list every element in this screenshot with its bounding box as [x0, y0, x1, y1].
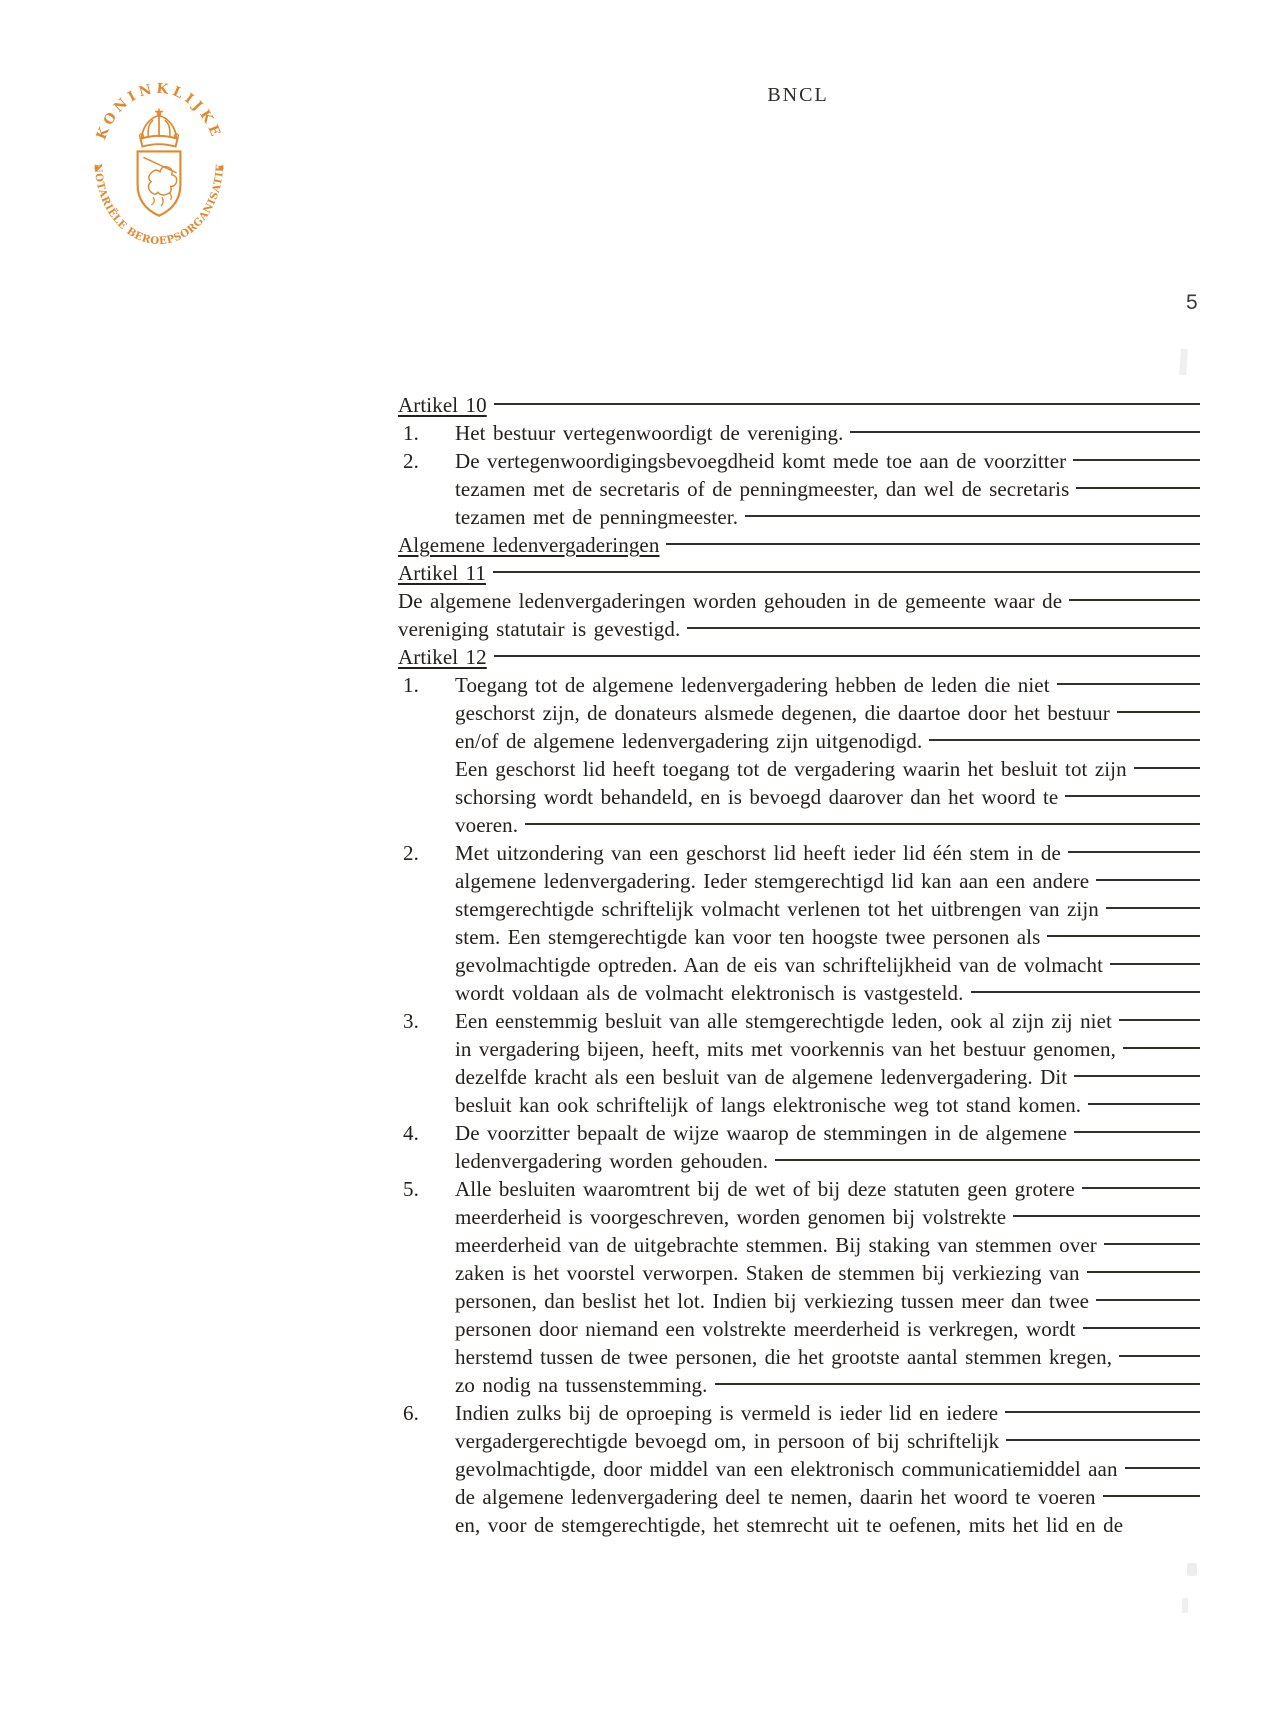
item-line: voeren. [455, 811, 518, 839]
paragraph-line-row: vereniging statutair is gevestigd. [398, 615, 1200, 643]
fill-line [666, 543, 1200, 545]
list-item: 1.Toegang tot de algemene ledenvergaderi… [398, 671, 1200, 839]
item-line: De voorzitter bepaalt de wijze waarop de… [455, 1119, 1067, 1147]
fill-line [1110, 963, 1200, 965]
item-lines: Met uitzondering van een geschorst lid h… [455, 839, 1200, 1007]
item-line: Een eenstemmig besluit van alle stemgere… [455, 1007, 1112, 1035]
list-item: 3.Een eenstemmig besluit van alle stemge… [398, 1007, 1200, 1119]
page-number: 5 [1186, 291, 1198, 315]
item-line: stem. Een stemgerechtigde kan voor ten h… [455, 923, 1040, 951]
item-line-row: en, voor de stemgerechtigde, het stemrec… [455, 1511, 1200, 1539]
item-lines: De voorzitter bepaalt de wijze waarop de… [455, 1119, 1200, 1175]
document-body: Artikel 101.Het bestuur vertegenwoordigt… [398, 391, 1200, 1539]
seal-separator-dot-right [219, 166, 224, 171]
fill-line [775, 1159, 1200, 1161]
item-line: en/of de algemene ledenvergadering zijn … [455, 727, 922, 755]
fill-line [1013, 1215, 1200, 1217]
item-line-row: De voorzitter bepaalt de wijze waarop de… [455, 1119, 1200, 1147]
article-heading-row: Artikel 12 [398, 643, 1200, 671]
item-line-row: besluit kan ook schriftelijk of langs el… [455, 1091, 1200, 1119]
item-line: zo nodig na tussenstemming. [455, 1371, 708, 1399]
list-item: 5.Alle besluiten waaromtrent bij de wet … [398, 1175, 1200, 1399]
item-line: algemene ledenvergadering. Ieder stemger… [455, 867, 1089, 895]
item-line: personen door niemand een volstrekte mee… [455, 1315, 1076, 1343]
item-line-row: personen door niemand een volstrekte mee… [455, 1315, 1200, 1343]
fill-line [493, 571, 1200, 573]
item-lines: De vertegenwoordigingsbevoegdheid komt m… [455, 447, 1200, 531]
item-line-row: wordt voldaan als de volmacht elektronis… [455, 979, 1200, 1007]
paragraph-line-row: De algemene ledenvergaderingen worden ge… [398, 587, 1200, 615]
item-line-row: meerderheid van de uitgebrachte stemmen.… [455, 1231, 1200, 1259]
fill-line [1087, 1271, 1200, 1273]
fill-line [1074, 1131, 1200, 1133]
item-line: in vergadering bijeen, heeft, mits met v… [455, 1035, 1116, 1063]
item-number: 2. [398, 839, 455, 867]
item-line: Indien zulks bij de oproeping is vermeld… [455, 1399, 998, 1427]
item-line: vergadergerechtigde bevoegd om, in perso… [455, 1427, 999, 1455]
item-lines: Alle besluiten waaromtrent bij de wet of… [455, 1175, 1200, 1399]
item-line: gevolmachtigde, door middel van een elek… [455, 1455, 1118, 1483]
item-line-row: dezelfde kracht als een besluit van de a… [455, 1063, 1200, 1091]
scan-artifact [1179, 349, 1188, 375]
item-line: Een geschorst lid heeft toegang tot de v… [455, 755, 1127, 783]
fill-line [1047, 935, 1200, 937]
paragraph-line: De algemene ledenvergaderingen worden ge… [398, 587, 1062, 615]
fill-line [687, 627, 1200, 629]
knb-seal-logo: KONINKLIJKE NOTARIËLE BEROEPSORGANISATIE [86, 78, 232, 260]
item-line: personen, dan beslist het lot. Indien bi… [455, 1287, 1089, 1315]
fill-line [1096, 1299, 1200, 1301]
fill-line [1076, 487, 1200, 489]
fill-line [1006, 1439, 1200, 1441]
scan-artifact [1187, 1563, 1197, 1576]
article-heading: Algemene ledenvergaderingen [398, 531, 659, 559]
item-line: wordt voldaan als de volmacht elektronis… [455, 979, 964, 1007]
header-title: BNCL [767, 84, 828, 107]
item-number: 1. [398, 419, 455, 447]
item-number: 2. [398, 447, 455, 475]
seal-bottom-text: NOTARIËLE BEROEPSORGANISATIE [92, 163, 227, 247]
item-line: tezamen met de penningmeester. [455, 503, 738, 531]
scan-artifact [1182, 1598, 1188, 1613]
item-line: dezelfde kracht als een besluit van de a… [455, 1063, 1067, 1091]
fill-line [971, 991, 1200, 993]
crown-icon [140, 109, 179, 147]
item-line: meerderheid van de uitgebrachte stemmen.… [455, 1231, 1097, 1259]
fill-line [929, 739, 1200, 741]
article-heading: Artikel 11 [398, 559, 486, 587]
fill-line [1106, 907, 1200, 909]
fill-line [1103, 1495, 1200, 1497]
item-number: 6. [398, 1399, 455, 1427]
item-line: Alle besluiten waaromtrent bij de wet of… [455, 1175, 1075, 1203]
fill-line [494, 403, 1200, 405]
fill-line [1088, 1103, 1200, 1105]
item-line-row: ledenvergadering worden gehouden. [455, 1147, 1200, 1175]
item-line-row: meerderheid is voorgeschreven, worden ge… [455, 1203, 1200, 1231]
item-number: 5. [398, 1175, 455, 1203]
item-line-row: Met uitzondering van een geschorst lid h… [455, 839, 1200, 867]
item-line-row: schorsing wordt behandeld, en is bevoegd… [455, 783, 1200, 811]
item-line: besluit kan ook schriftelijk of langs el… [455, 1091, 1081, 1119]
article-heading-row: Algemene ledenvergaderingen [398, 531, 1200, 559]
item-line: Met uitzondering van een geschorst lid h… [455, 839, 1061, 867]
lion-shield-icon [138, 151, 181, 215]
scanned-document-page: KONINKLIJKE NOTARIËLE BEROEPSORGANISATIE [0, 0, 1280, 1736]
item-line: geschorst zijn, de donateurs alsmede deg… [455, 699, 1110, 727]
article-heading: Artikel 10 [398, 391, 487, 419]
item-line-row: Indien zulks bij de oproeping is vermeld… [455, 1399, 1200, 1427]
fill-line [1074, 1075, 1200, 1077]
article-heading-row: Artikel 11 [398, 559, 1200, 587]
item-line-row: in vergadering bijeen, heeft, mits met v… [455, 1035, 1200, 1063]
fill-line [1068, 851, 1200, 853]
item-line-row: Een eenstemmig besluit van alle stemgere… [455, 1007, 1200, 1035]
fill-line [1096, 879, 1200, 881]
item-line-row: tezamen met de penningmeester. [455, 503, 1200, 531]
item-line-row: voeren. [455, 811, 1200, 839]
fill-line [1083, 1327, 1201, 1329]
item-number: 3. [398, 1007, 455, 1035]
item-line: Toegang tot de algemene ledenvergadering… [455, 671, 1050, 699]
item-line: herstemd tussen de twee personen, die he… [455, 1343, 1112, 1371]
item-line: meerderheid is voorgeschreven, worden ge… [455, 1203, 1006, 1231]
fill-line [494, 655, 1200, 657]
item-line-row: personen, dan beslist het lot. Indien bi… [455, 1287, 1200, 1315]
item-line: tezamen met de secretaris of de penningm… [455, 475, 1069, 503]
fill-line [1123, 1047, 1200, 1049]
list-item: 6.Indien zulks bij de oproeping is verme… [398, 1399, 1200, 1539]
item-number: 1. [398, 671, 455, 699]
item-line-row: herstemd tussen de twee personen, die he… [455, 1343, 1200, 1371]
item-line: de algemene ledenvergadering deel te nem… [455, 1483, 1096, 1511]
item-line-row: Een geschorst lid heeft toegang tot de v… [455, 755, 1200, 783]
fill-line [850, 431, 1200, 433]
item-lines: Een eenstemmig besluit van alle stemgere… [455, 1007, 1200, 1119]
item-line-row: zo nodig na tussenstemming. [455, 1371, 1200, 1399]
item-lines: Toegang tot de algemene ledenvergadering… [455, 671, 1200, 839]
fill-line [1005, 1411, 1200, 1413]
item-line: Het bestuur vertegenwoordigt de verenigi… [455, 419, 843, 447]
item-line: gevolmachtigde optreden. Aan de eis van … [455, 951, 1103, 979]
fill-line [715, 1383, 1200, 1385]
item-line-row: stemgerechtigde schriftelijk volmacht ve… [455, 895, 1200, 923]
item-line-row: Het bestuur vertegenwoordigt de verenigi… [455, 419, 1200, 447]
item-line-row: Toegang tot de algemene ledenvergadering… [455, 671, 1200, 699]
item-line-row: tezamen met de secretaris of de penningm… [455, 475, 1200, 503]
fill-line [1119, 1019, 1200, 1021]
list-item: 2.Met uitzondering van een geschorst lid… [398, 839, 1200, 1007]
item-line-row: gevolmachtigde optreden. Aan de eis van … [455, 951, 1200, 979]
list-item: 4.De voorzitter bepaalt de wijze waarop … [398, 1119, 1200, 1175]
fill-line [1069, 599, 1200, 601]
list-item: 2.De vertegenwoordigingsbevoegdheid komt… [398, 447, 1200, 531]
list-item: 1.Het bestuur vertegenwoordigt de vereni… [398, 419, 1200, 447]
article-heading: Artikel 12 [398, 643, 487, 671]
item-line-row: en/of de algemene ledenvergadering zijn … [455, 727, 1200, 755]
paragraph-line: vereniging statutair is gevestigd. [398, 615, 680, 643]
seal-separator-dot-left [94, 166, 99, 171]
item-line-row: algemene ledenvergadering. Ieder stemger… [455, 867, 1200, 895]
item-line: ledenvergadering worden gehouden. [455, 1147, 768, 1175]
item-number: 4. [398, 1119, 455, 1147]
item-line-row: de algemene ledenvergadering deel te nem… [455, 1483, 1200, 1511]
item-line-row: stem. Een stemgerechtigde kan voor ten h… [455, 923, 1200, 951]
fill-line [1104, 1243, 1200, 1245]
fill-line [1073, 459, 1200, 461]
item-line: De vertegenwoordigingsbevoegdheid komt m… [455, 447, 1066, 475]
item-line-row: vergadergerechtigde bevoegd om, in perso… [455, 1427, 1200, 1455]
item-line-row: gevolmachtigde, door middel van een elek… [455, 1455, 1200, 1483]
fill-line [1082, 1187, 1200, 1189]
fill-line [745, 515, 1200, 517]
fill-line [1134, 767, 1200, 769]
fill-line [1125, 1467, 1200, 1469]
fill-line [1117, 711, 1200, 713]
item-lines: Het bestuur vertegenwoordigt de verenigi… [455, 419, 1200, 447]
item-line-row: De vertegenwoordigingsbevoegdheid komt m… [455, 447, 1200, 475]
item-lines: Indien zulks bij de oproeping is vermeld… [455, 1399, 1200, 1539]
article-heading-row: Artikel 10 [398, 391, 1200, 419]
fill-line [525, 823, 1200, 825]
item-line-row: zaken is het voorstel verworpen. Staken … [455, 1259, 1200, 1287]
fill-line [1119, 1355, 1200, 1357]
fill-line [1057, 683, 1200, 685]
item-line: zaken is het voorstel verworpen. Staken … [455, 1259, 1080, 1287]
item-line: stemgerechtigde schriftelijk volmacht ve… [455, 895, 1099, 923]
fill-line [1065, 795, 1200, 797]
item-line-row: geschorst zijn, de donateurs alsmede deg… [455, 699, 1200, 727]
item-line: schorsing wordt behandeld, en is bevoegd… [455, 783, 1058, 811]
item-line: en, voor de stemgerechtigde, het stemrec… [455, 1511, 1123, 1539]
item-line-row: Alle besluiten waaromtrent bij de wet of… [455, 1175, 1200, 1203]
